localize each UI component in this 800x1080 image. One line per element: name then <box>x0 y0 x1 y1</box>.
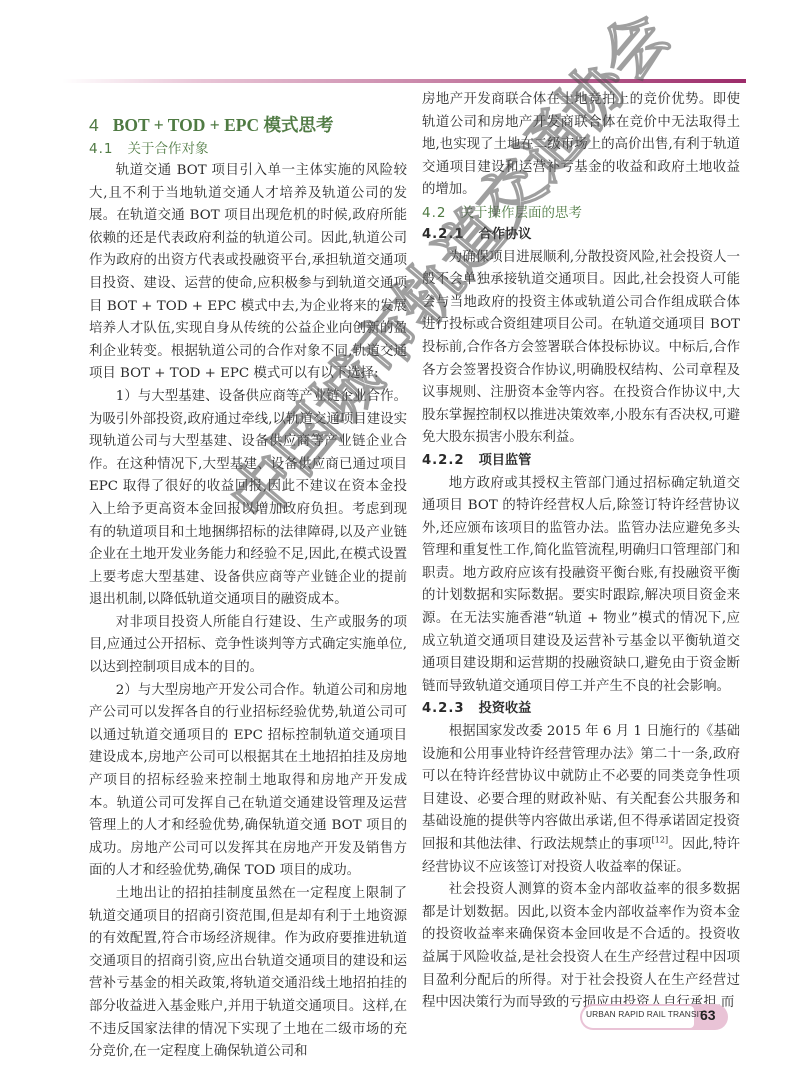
paragraph-text: 根据国家发改委 2015 年 6 月 1 日施行的《基础设施和公用事业特许经营管… <box>422 724 740 852</box>
subsubsection-number: 4.2.3 <box>422 701 465 716</box>
paragraph: 2）与大型房地产开发公司合作。轨道公司和房地产公司可以发挥各自的行业招标经验优势… <box>89 680 407 883</box>
paragraph: 土地出让的招拍挂制度虽然在一定程度上限制了轨道交通项目的招商引资范围,但是却有利… <box>89 883 407 1064</box>
subsubsection-title: 合作协议 <box>479 227 532 242</box>
section-title: BOT + TOD + EPC 模式思考 <box>113 115 334 135</box>
subsubsection-number: 4.2.2 <box>422 453 465 468</box>
paragraph-with-citation: 根据国家发改委 2015 年 6 月 1 日施行的《基础设施和公用事业特许经营管… <box>422 721 740 879</box>
paragraph: 1）与大型基建、设备供应商等产业链企业合作。为吸引外部投资,政府通过牵线,以轨道… <box>89 386 407 612</box>
right-column: 房地产开发商联合体在土地竞拍上的竞价优势。即使轨道公司和房地产开发商联合体在竞价… <box>422 89 740 1015</box>
subsection-number: 4.2 <box>422 205 446 221</box>
paragraph: 对非项目投资人所能自行建设、生产或服务的项目,应通过公开招标、竞争性谈判等方式确… <box>89 612 407 680</box>
header-gradient-rule <box>62 79 746 83</box>
page-number: 63 <box>700 1007 716 1023</box>
section-number: 4 <box>89 115 99 135</box>
left-column: 4BOT + TOD + EPC 模式思考 4.1关于合作对象 轨道交通 BOT… <box>89 112 407 1064</box>
subsubsection-number: 4.2.1 <box>422 227 465 242</box>
subsubsection-heading-4-2-1: 4.2.1合作协议 <box>422 224 740 247</box>
footer-badge: URBAN RAPID RAIL TRANSIT 63 <box>580 1004 728 1030</box>
subsubsection-title: 投资收益 <box>479 701 532 716</box>
subsection-number: 4.1 <box>89 141 113 157</box>
subsubsection-heading-4-2-2: 4.2.2项目监管 <box>422 450 740 473</box>
paragraph: 轨道交通 BOT 项目引入单一主体实施的风险较大,且不利于当地轨道交通人才培养及… <box>89 160 407 386</box>
journal-name: URBAN RAPID RAIL TRANSIT <box>586 1009 704 1019</box>
paragraph: 为确保项目进展顺利,分散投资风险,社会投资人一般不会单独承接轨道交通项目。因此,… <box>422 247 740 450</box>
subsection-heading-4-1: 4.1关于合作对象 <box>89 138 407 160</box>
subsection-title: 关于操作层面的思考 <box>460 205 582 221</box>
continued-paragraph: 房地产开发商联合体在土地竞拍上的竞价优势。即使轨道公司和房地产开发商联合体在竞价… <box>422 89 740 202</box>
section-heading-4: 4BOT + TOD + EPC 模式思考 <box>89 112 407 138</box>
subsection-title: 关于合作对象 <box>127 141 208 157</box>
citation-ref[interactable]: [12] <box>652 836 668 845</box>
paragraph: 社会投资人测算的资本金内部收益率的很多数据都是计划数据。因此,以资本金内部收益率… <box>422 879 740 1015</box>
paragraph: 地方政府或其授权主管部门通过招标确定轨道交通项目 BOT 的特许经营权人后,除签… <box>422 473 740 699</box>
subsection-heading-4-2: 4.2关于操作层面的思考 <box>422 202 740 224</box>
subsubsection-title: 项目监管 <box>479 453 532 468</box>
subsubsection-heading-4-2-3: 4.2.3投资收益 <box>422 698 740 721</box>
